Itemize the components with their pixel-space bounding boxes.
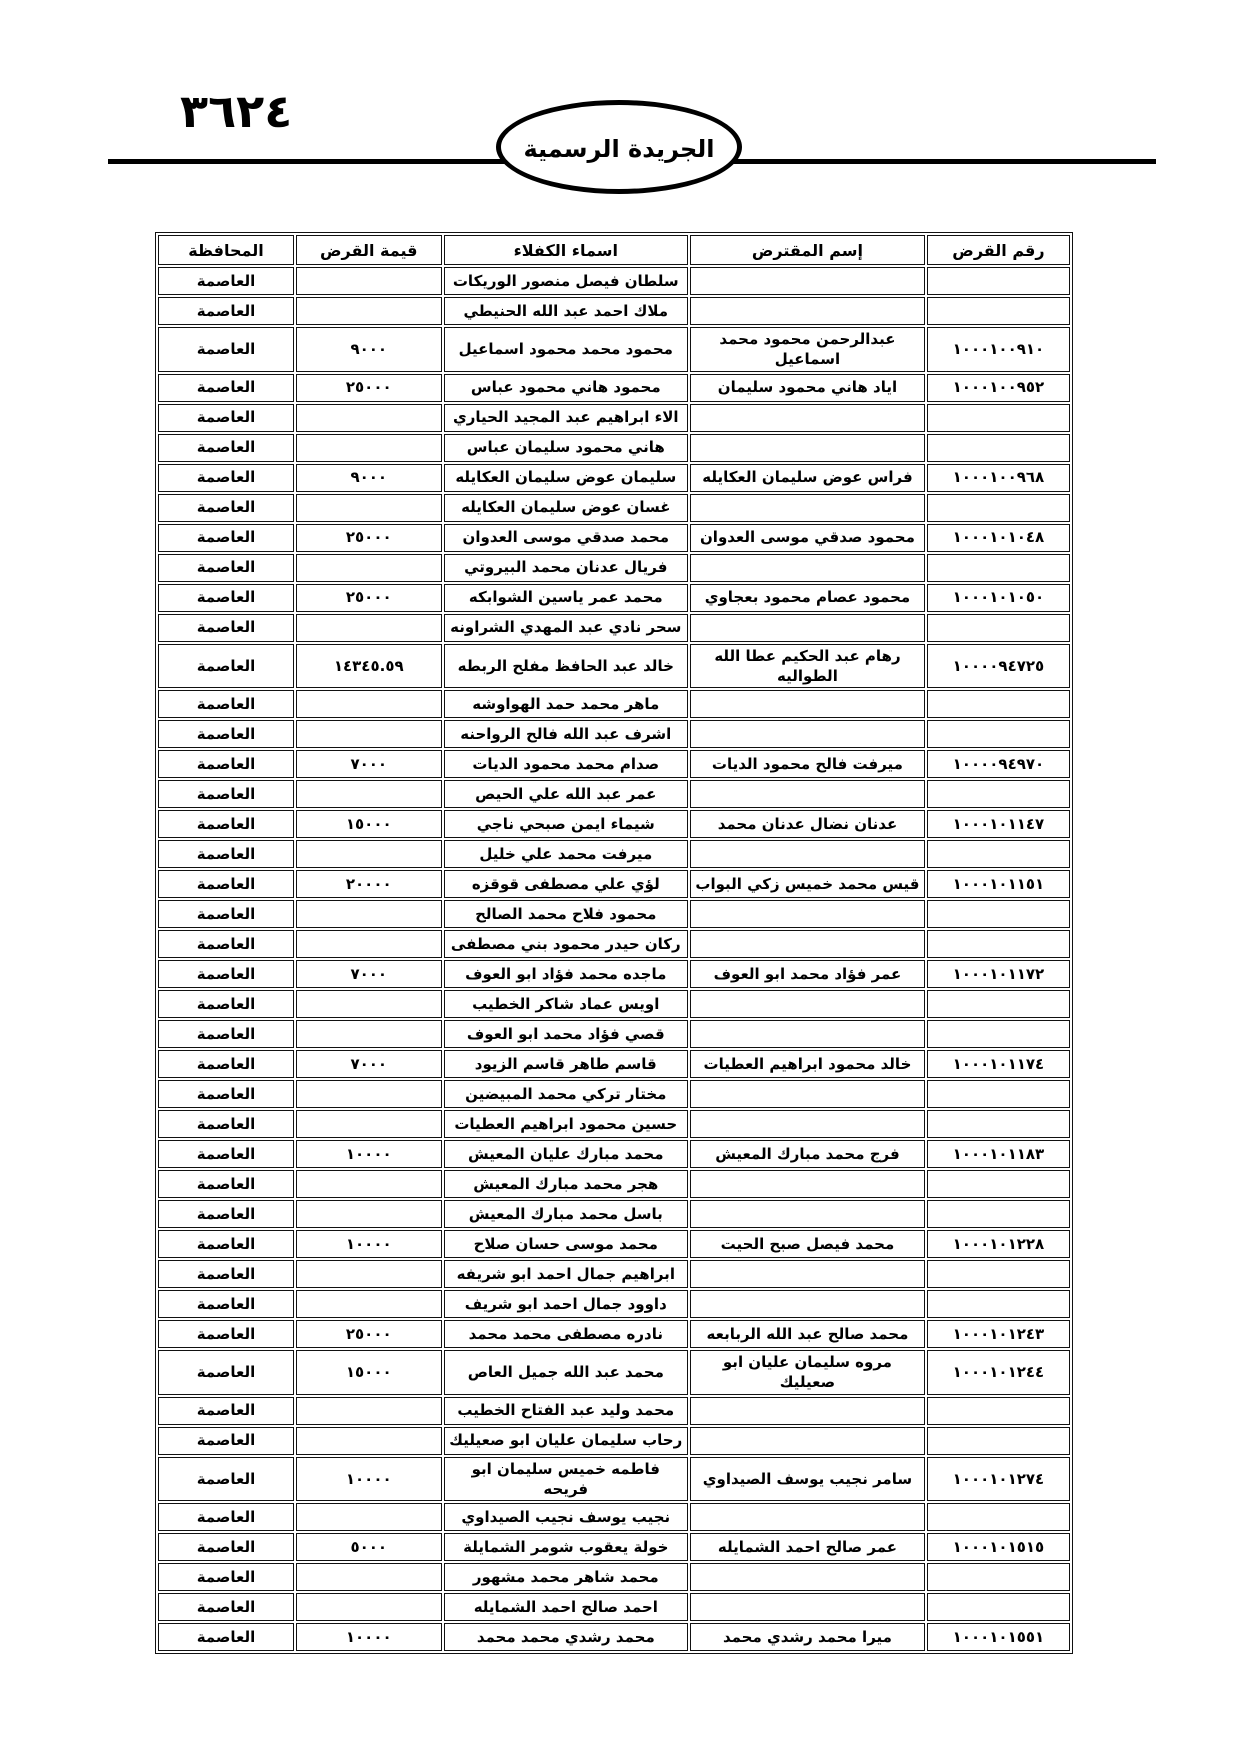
cell-loan-no [927, 780, 1070, 808]
header-cell-governorate: المحافظة [158, 235, 294, 265]
cell-amount: ٩٠٠٠ [296, 327, 442, 372]
cell-guarantors: هاني محمود سليمان عباس [444, 434, 688, 462]
cell-guarantors: ميرفت محمد علي خليل [444, 840, 688, 868]
table-row: قصي فؤاد محمد ابو العوف العاصمة [158, 1020, 1070, 1048]
cell-governorate: العاصمة [158, 297, 294, 325]
table-row: ١٠٠٠١٠١٥١٥عمر صالح احمد الشمايلهخولة يعق… [158, 1533, 1070, 1561]
cell-amount: ٢٥٠٠٠ [296, 374, 442, 402]
cell-governorate: العاصمة [158, 990, 294, 1018]
cell-guarantors: نادره مصطفى محمد محمد [444, 1320, 688, 1348]
cell-governorate: العاصمة [158, 404, 294, 432]
table-row: هاني محمود سليمان عباس العاصمة [158, 434, 1070, 462]
cell-governorate: العاصمة [158, 960, 294, 988]
cell-borrower [690, 1593, 925, 1621]
cell-loan-no [927, 1260, 1070, 1288]
table-row: هجر محمد مبارك المعيش العاصمة [158, 1170, 1070, 1198]
cell-guarantors: محمد شاهر محمد مشهور [444, 1563, 688, 1591]
cell-guarantors: محمد وليد عبد الفتاح الخطيب [444, 1397, 688, 1425]
cell-guarantors: رحاب سليمان عليان ابو صعيليك [444, 1427, 688, 1455]
table-row: ١٠٠٠١٠١٠٥٠محمود عصام محمود بعجاويمحمد عم… [158, 584, 1070, 612]
table-row: ١٠٠٠١٠١٢٤٤مروه سليمان عليان ابو صعيليكمح… [158, 1350, 1070, 1395]
cell-loan-no [927, 930, 1070, 958]
table-row: حسين محمود ابراهيم العطيات العاصمة [158, 1110, 1070, 1138]
cell-borrower [690, 1200, 925, 1228]
cell-borrower [690, 297, 925, 325]
cell-loan-no: ١٠٠٠١٠١٠٥٠ [927, 584, 1070, 612]
cell-governorate: العاصمة [158, 780, 294, 808]
cell-borrower: محمود عصام محمود بعجاوي [690, 584, 925, 612]
cell-borrower: فرج محمد مبارك المعيش [690, 1140, 925, 1168]
cell-borrower: فراس عوض سليمان العكايله [690, 464, 925, 492]
cell-governorate: العاصمة [158, 1320, 294, 1348]
cell-loan-no [927, 1290, 1070, 1318]
table-row: داوود جمال احمد ابو شريف العاصمة [158, 1290, 1070, 1318]
cell-loan-no [927, 900, 1070, 928]
cell-guarantors: سحر نادي عبد المهدي الشراونه [444, 614, 688, 642]
page-number: ٣٦٢٤ [180, 84, 292, 138]
table-row: ١٠٠٠٠٩٤٩٧٠ميرفت فالح محمود الدياتصدام مح… [158, 750, 1070, 778]
cell-guarantors: خالد عبد الحافظ مفلح الربطه [444, 644, 688, 689]
table-header-row: رقم القرض إسم المقترض اسماء الكفلاء قيمة… [158, 235, 1070, 265]
cell-borrower [690, 434, 925, 462]
cell-guarantors: احمد صالح احمد الشمايله [444, 1593, 688, 1621]
loans-table-wrap: رقم القرض إسم المقترض اسماء الكفلاء قيمة… [155, 232, 1073, 1654]
cell-amount: ١٠٠٠٠ [296, 1230, 442, 1258]
cell-governorate: العاصمة [158, 1050, 294, 1078]
cell-amount: ١٠٠٠٠ [296, 1140, 442, 1168]
cell-loan-no: ١٠٠٠١٠٠٩٥٢ [927, 374, 1070, 402]
table-row: ١٠٠٠١٠١١٤٧عدنان نضال عدنان محمدشيماء ايم… [158, 810, 1070, 838]
table-row: ميرفت محمد علي خليل العاصمة [158, 840, 1070, 868]
cell-loan-no: ١٠٠٠١٠١٢٢٨ [927, 1230, 1070, 1258]
cell-amount: ١٥٠٠٠ [296, 1350, 442, 1395]
cell-borrower [690, 1503, 925, 1531]
cell-borrower [690, 404, 925, 432]
cell-governorate: العاصمة [158, 554, 294, 582]
cell-borrower: مروه سليمان عليان ابو صعيليك [690, 1350, 925, 1395]
cell-amount [296, 614, 442, 642]
cell-loan-no [927, 1503, 1070, 1531]
cell-guarantors: ركان حيدر محمود بني مصطفى [444, 930, 688, 958]
header-cell-borrower: إسم المقترض [690, 235, 925, 265]
cell-guarantors: غسان عوض سليمان العكايله [444, 494, 688, 522]
cell-borrower [690, 1260, 925, 1288]
cell-borrower: عدنان نضال عدنان محمد [690, 810, 925, 838]
cell-borrower [690, 690, 925, 718]
cell-guarantors: قصي فؤاد محمد ابو العوف [444, 1020, 688, 1048]
cell-amount: ٧٠٠٠ [296, 1050, 442, 1078]
cell-guarantors: نجيب يوسف نجيب الصيداوي [444, 1503, 688, 1531]
cell-governorate: العاصمة [158, 1457, 294, 1502]
cell-governorate: العاصمة [158, 690, 294, 718]
cell-governorate: العاصمة [158, 930, 294, 958]
cell-borrower: عبدالرحمن محمود محمد اسماعيل [690, 327, 925, 372]
cell-amount [296, 690, 442, 718]
cell-borrower: محمد فيصل صبح الحيت [690, 1230, 925, 1258]
cell-borrower [690, 1020, 925, 1048]
cell-governorate: العاصمة [158, 1170, 294, 1198]
cell-governorate: العاصمة [158, 1230, 294, 1258]
cell-governorate: العاصمة [158, 870, 294, 898]
cell-governorate: العاصمة [158, 1140, 294, 1168]
table-body: سلطان فيصل منصور الوريكات العاصمة ملاك ا… [158, 267, 1070, 1651]
cell-governorate: العاصمة [158, 464, 294, 492]
cell-governorate: العاصمة [158, 1427, 294, 1455]
header-cell-loan-no: رقم القرض [927, 235, 1070, 265]
cell-governorate: العاصمة [158, 720, 294, 748]
cell-amount [296, 1200, 442, 1228]
cell-amount: ٢٥٠٠٠ [296, 584, 442, 612]
cell-borrower: عمر فؤاد محمد ابو العوف [690, 960, 925, 988]
table-row: ١٠٠٠١٠١٠٤٨محمود صدقي موسى العدوانمحمد صد… [158, 524, 1070, 552]
cell-loan-no [927, 1593, 1070, 1621]
cell-governorate: العاصمة [158, 1350, 294, 1395]
table-row: ماهر محمد حمد الهواوشه العاصمة [158, 690, 1070, 718]
cell-governorate: العاصمة [158, 434, 294, 462]
cell-loan-no [927, 1200, 1070, 1228]
cell-loan-no [927, 1563, 1070, 1591]
table-row: احمد صالح احمد الشمايله العاصمة [158, 1593, 1070, 1621]
cell-borrower [690, 267, 925, 295]
cell-amount [296, 930, 442, 958]
cell-borrower [690, 554, 925, 582]
cell-amount [296, 494, 442, 522]
cell-amount [296, 297, 442, 325]
cell-borrower [690, 930, 925, 958]
table-row: اويس عماد شاكر الخطيب العاصمة [158, 990, 1070, 1018]
table-row: غسان عوض سليمان العكايله العاصمة [158, 494, 1070, 522]
cell-loan-no [927, 434, 1070, 462]
cell-loan-no: ١٠٠٠١٠٠٩٦٨ [927, 464, 1070, 492]
cell-amount [296, 1593, 442, 1621]
cell-loan-no: ١٠٠٠٠٩٤٩٧٠ [927, 750, 1070, 778]
cell-loan-no: ١٠٠٠١٠١٠٤٨ [927, 524, 1070, 552]
cell-loan-no [927, 1020, 1070, 1048]
table-row: ١٠٠٠١٠١١٥١قيس محمد خميس زكي البوابلؤي عل… [158, 870, 1070, 898]
cell-amount [296, 900, 442, 928]
cell-governorate: العاصمة [158, 1080, 294, 1108]
table-row: رحاب سليمان عليان ابو صعيليك العاصمة [158, 1427, 1070, 1455]
cell-governorate: العاصمة [158, 267, 294, 295]
cell-amount [296, 1563, 442, 1591]
table-row: عمر عبد الله علي الحيص العاصمة [158, 780, 1070, 808]
table-row: ١٠٠٠١٠١١٨٣فرج محمد مبارك المعيشمحمد مبار… [158, 1140, 1070, 1168]
cell-guarantors: لؤي علي مصطفى قوقزه [444, 870, 688, 898]
cell-loan-no [927, 690, 1070, 718]
table-row: ١٠٠٠١٠١١٧٤خالد محمود ابراهيم العطياتقاسم… [158, 1050, 1070, 1078]
cell-borrower [690, 990, 925, 1018]
cell-amount: ٢٥٠٠٠ [296, 524, 442, 552]
cell-borrower [690, 1397, 925, 1425]
cell-borrower: اياد هاني محمود سليمان [690, 374, 925, 402]
cell-borrower: رهام عبد الحكيم عطا الله الطواليه [690, 644, 925, 689]
cell-amount: ٧٠٠٠ [296, 750, 442, 778]
cell-guarantors: محمد رشدي محمد محمد [444, 1623, 688, 1651]
masthead-ellipse: الجريدة الرسمية [496, 100, 742, 194]
cell-borrower: محمود صدقي موسى العدوان [690, 524, 925, 552]
table-row: ١٠٠٠١٠١٢٢٨محمد فيصل صبح الحيتمحمد موسى ح… [158, 1230, 1070, 1258]
cell-guarantors: مختار تركي محمد المبيضين [444, 1080, 688, 1108]
cell-governorate: العاصمة [158, 1397, 294, 1425]
cell-loan-no [927, 494, 1070, 522]
cell-guarantors: محمود محمد محمود اسماعيل [444, 327, 688, 372]
cell-guarantors: ماهر محمد حمد الهواوشه [444, 690, 688, 718]
cell-guarantors: محمد موسى حسان صلاح [444, 1230, 688, 1258]
cell-loan-no [927, 990, 1070, 1018]
table-row: اشرف عبد الله فالح الرواحنه العاصمة [158, 720, 1070, 748]
cell-governorate: العاصمة [158, 1593, 294, 1621]
cell-governorate: العاصمة [158, 900, 294, 928]
header-cell-amount: قيمة القرض [296, 235, 442, 265]
cell-borrower [690, 780, 925, 808]
cell-governorate: العاصمة [158, 494, 294, 522]
cell-governorate: العاصمة [158, 644, 294, 689]
table-row: سحر نادي عبد المهدي الشراونه العاصمة [158, 614, 1070, 642]
cell-loan-no: ١٠٠٠١٠١٥١٥ [927, 1533, 1070, 1561]
cell-governorate: العاصمة [158, 840, 294, 868]
cell-borrower [690, 1080, 925, 1108]
cell-amount: ١٥٠٠٠ [296, 810, 442, 838]
cell-governorate: العاصمة [158, 1110, 294, 1138]
cell-borrower: ميرفت فالح محمود الديات [690, 750, 925, 778]
table-row: الاء ابراهيم عبد المجيد الحياري العاصمة [158, 404, 1070, 432]
cell-guarantors: فريال عدنان محمد البيروتي [444, 554, 688, 582]
table-row: ١٠٠٠١٠١٥٥١ميرا محمد رشدي محمدمحمد رشدي م… [158, 1623, 1070, 1651]
cell-guarantors: ملاك احمد عبد الله الحنيطي [444, 297, 688, 325]
masthead-title: الجريدة الرسمية [523, 131, 714, 163]
header-cell-guarantors: اسماء الكفلاء [444, 235, 688, 265]
cell-amount [296, 1260, 442, 1288]
cell-borrower [690, 840, 925, 868]
cell-loan-no [927, 1397, 1070, 1425]
cell-borrower: ميرا محمد رشدي محمد [690, 1623, 925, 1651]
cell-guarantors: داوود جمال احمد ابو شريف [444, 1290, 688, 1318]
cell-amount [296, 554, 442, 582]
cell-guarantors: الاء ابراهيم عبد المجيد الحياري [444, 404, 688, 432]
cell-governorate: العاصمة [158, 1533, 294, 1561]
cell-loan-no: ١٠٠٠١٠١١٧٤ [927, 1050, 1070, 1078]
table-row: ركان حيدر محمود بني مصطفى العاصمة [158, 930, 1070, 958]
table-row: محمد شاهر محمد مشهور العاصمة [158, 1563, 1070, 1591]
cell-amount [296, 1170, 442, 1198]
cell-borrower: محمد صالح عبد الله الربابعه [690, 1320, 925, 1348]
cell-amount [296, 404, 442, 432]
cell-borrower [690, 1170, 925, 1198]
cell-borrower [690, 1290, 925, 1318]
loans-table: رقم القرض إسم المقترض اسماء الكفلاء قيمة… [155, 232, 1073, 1654]
cell-loan-no [927, 404, 1070, 432]
cell-borrower [690, 1563, 925, 1591]
cell-guarantors: اشرف عبد الله فالح الرواحنه [444, 720, 688, 748]
table-row: ١٠٠٠١٠١٢٤٣محمد صالح عبد الله الربابعهناد… [158, 1320, 1070, 1348]
table-row: سلطان فيصل منصور الوريكات العاصمة [158, 267, 1070, 295]
cell-loan-no [927, 1080, 1070, 1108]
table-row: نجيب يوسف نجيب الصيداوي العاصمة [158, 1503, 1070, 1531]
cell-loan-no: ١٠٠٠١٠١١٨٣ [927, 1140, 1070, 1168]
cell-governorate: العاصمة [158, 327, 294, 372]
cell-guarantors: هجر محمد مبارك المعيش [444, 1170, 688, 1198]
cell-guarantors: اويس عماد شاكر الخطيب [444, 990, 688, 1018]
cell-loan-no: ١٠٠٠١٠١٥٥١ [927, 1623, 1070, 1651]
cell-guarantors: قاسم طاهر قاسم الزيود [444, 1050, 688, 1078]
table-row: محمود فلاح محمد الصالح العاصمة [158, 900, 1070, 928]
table-row: ١٠٠٠١٠٠٩٦٨فراس عوض سليمان العكايلهسليمان… [158, 464, 1070, 492]
cell-guarantors: شيماء ايمن صبحي ناجي [444, 810, 688, 838]
cell-loan-no: ١٠٠٠٠٩٤٧٢٥ [927, 644, 1070, 689]
cell-governorate: العاصمة [158, 810, 294, 838]
cell-loan-no: ١٠٠٠١٠١١٥١ [927, 870, 1070, 898]
cell-guarantors: عمر عبد الله علي الحيص [444, 780, 688, 808]
cell-guarantors: صدام محمد محمود الديات [444, 750, 688, 778]
cell-guarantors: محمود فلاح محمد الصالح [444, 900, 688, 928]
cell-guarantors: خولة يعقوب شومر الشمايلة [444, 1533, 688, 1561]
cell-loan-no: ١٠٠٠١٠٠٩١٠ [927, 327, 1070, 372]
cell-loan-no: ١٠٠٠١٠١١٧٢ [927, 960, 1070, 988]
cell-amount [296, 1290, 442, 1318]
cell-amount [296, 1397, 442, 1425]
table-row: ١٠٠٠١٠٠٩١٠عبدالرحمن محمود محمد اسماعيلمح… [158, 327, 1070, 372]
cell-amount: ٧٠٠٠ [296, 960, 442, 988]
cell-amount [296, 1020, 442, 1048]
cell-guarantors: ماجده محمد فؤاد ابو العوف [444, 960, 688, 988]
cell-governorate: العاصمة [158, 1290, 294, 1318]
cell-amount: ٩٠٠٠ [296, 464, 442, 492]
table-row: ١٠٠٠١٠١٢٧٤سامر نجيب يوسف الصيداويفاطمه خ… [158, 1457, 1070, 1502]
cell-borrower: عمر صالح احمد الشمايله [690, 1533, 925, 1561]
cell-amount [296, 780, 442, 808]
cell-governorate: العاصمة [158, 1200, 294, 1228]
cell-guarantors: محمد عمر ياسين الشوابكه [444, 584, 688, 612]
cell-governorate: العاصمة [158, 1020, 294, 1048]
cell-borrower: خالد محمود ابراهيم العطيات [690, 1050, 925, 1078]
cell-loan-no [927, 554, 1070, 582]
cell-guarantors: محمد مبارك عليان المعيش [444, 1140, 688, 1168]
table-row: فريال عدنان محمد البيروتي العاصمة [158, 554, 1070, 582]
cell-guarantors: محمد عبد الله جميل العاص [444, 1350, 688, 1395]
cell-loan-no [927, 1110, 1070, 1138]
cell-loan-no: ١٠٠٠١٠١١٤٧ [927, 810, 1070, 838]
cell-guarantors: سليمان عوض سليمان العكايله [444, 464, 688, 492]
cell-amount [296, 1080, 442, 1108]
table-row: ١٠٠٠٠٩٤٧٢٥رهام عبد الحكيم عطا الله الطوا… [158, 644, 1070, 689]
cell-amount: ١٠٠٠٠ [296, 1623, 442, 1651]
cell-borrower: سامر نجيب يوسف الصيداوي [690, 1457, 925, 1502]
cell-loan-no [927, 614, 1070, 642]
cell-governorate: العاصمة [158, 524, 294, 552]
cell-amount [296, 434, 442, 462]
cell-guarantors: محمد صدقي موسى العدوان [444, 524, 688, 552]
cell-amount: ٢٠٠٠٠ [296, 870, 442, 898]
cell-guarantors: باسل محمد مبارك المعيش [444, 1200, 688, 1228]
cell-loan-no [927, 267, 1070, 295]
cell-borrower [690, 1427, 925, 1455]
table-row: ملاك احمد عبد الله الحنيطي العاصمة [158, 297, 1070, 325]
cell-amount: ١٠٠٠٠ [296, 1457, 442, 1502]
table-row: محمد وليد عبد الفتاح الخطيب العاصمة [158, 1397, 1070, 1425]
cell-guarantors: حسين محمود ابراهيم العطيات [444, 1110, 688, 1138]
cell-governorate: العاصمة [158, 750, 294, 778]
table-row: ابراهيم جمال احمد ابو شريفه العاصمة [158, 1260, 1070, 1288]
cell-loan-no [927, 297, 1070, 325]
cell-amount: ٥٠٠٠ [296, 1533, 442, 1561]
cell-guarantors: ابراهيم جمال احمد ابو شريفه [444, 1260, 688, 1288]
cell-governorate: العاصمة [158, 584, 294, 612]
cell-amount [296, 1503, 442, 1531]
cell-guarantors: سلطان فيصل منصور الوريكات [444, 267, 688, 295]
cell-guarantors: محمود هاني محمود عباس [444, 374, 688, 402]
cell-governorate: العاصمة [158, 374, 294, 402]
cell-governorate: العاصمة [158, 1563, 294, 1591]
cell-amount [296, 990, 442, 1018]
table-row: ١٠٠٠١٠٠٩٥٢اياد هاني محمود سليمانمحمود ها… [158, 374, 1070, 402]
table-row: ١٠٠٠١٠١١٧٢عمر فؤاد محمد ابو العوفماجده م… [158, 960, 1070, 988]
cell-amount [296, 1110, 442, 1138]
gazette-page: ٣٦٢٤ الجريدة الرسمية رقم القرض إسم المقت… [0, 0, 1241, 1754]
cell-governorate: العاصمة [158, 614, 294, 642]
cell-amount [296, 840, 442, 868]
cell-loan-no: ١٠٠٠١٠١٢٧٤ [927, 1457, 1070, 1502]
cell-borrower [690, 494, 925, 522]
cell-governorate: العاصمة [158, 1260, 294, 1288]
cell-loan-no: ١٠٠٠١٠١٢٤٣ [927, 1320, 1070, 1348]
cell-amount [296, 267, 442, 295]
cell-governorate: العاصمة [158, 1623, 294, 1651]
cell-borrower [690, 900, 925, 928]
cell-loan-no [927, 720, 1070, 748]
cell-guarantors: فاطمه خميس سليمان ابو فريحه [444, 1457, 688, 1502]
cell-loan-no [927, 1170, 1070, 1198]
cell-governorate: العاصمة [158, 1503, 294, 1531]
cell-amount [296, 1427, 442, 1455]
cell-borrower [690, 720, 925, 748]
cell-borrower [690, 1110, 925, 1138]
table-row: مختار تركي محمد المبيضين العاصمة [158, 1080, 1070, 1108]
cell-borrower [690, 614, 925, 642]
cell-borrower: قيس محمد خميس زكي البواب [690, 870, 925, 898]
table-row: باسل محمد مبارك المعيش العاصمة [158, 1200, 1070, 1228]
cell-loan-no: ١٠٠٠١٠١٢٤٤ [927, 1350, 1070, 1395]
cell-loan-no [927, 840, 1070, 868]
cell-loan-no [927, 1427, 1070, 1455]
cell-amount: ١٤٣٤٥.٥٩ [296, 644, 442, 689]
cell-amount: ٢٥٠٠٠ [296, 1320, 442, 1348]
cell-amount [296, 720, 442, 748]
